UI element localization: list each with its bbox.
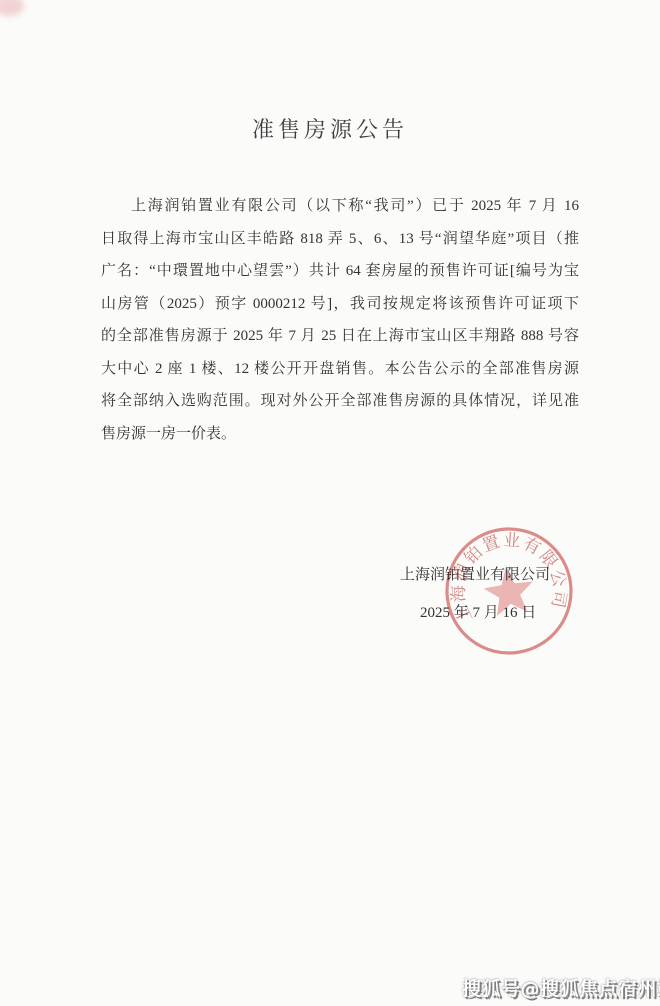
body-line: 售房源一房一价表。 <box>101 418 579 451</box>
ink-smudge <box>0 0 24 16</box>
body-line: 山房管（2025）预字 0000212 号]，我司按规定将该预售许可证项下 <box>101 288 579 321</box>
body-line: 大中心 2 座 1 楼、12 楼公开开盘销售。本公告公示的全部准售房源 <box>101 353 579 386</box>
announcement-body: 上海润铂置业有限公司（以下称“我司”）已于 2025 年 7 月 16 日取得上… <box>101 190 579 450</box>
watermark-text: 搜狐号@搜狐焦点宿州站 <box>462 974 660 1001</box>
body-line: 上海润铂置业有限公司（以下称“我司”）已于 2025 年 7 月 16 <box>101 190 579 223</box>
body-line: 日取得上海市宝山区丰皓路 818 弄 5、6、13 号“润望华庭”项目（推 <box>101 223 579 256</box>
company-seal-stamp: 上海润铂置业有限公司 <box>419 501 600 682</box>
body-line: 的全部准售房源于 2025 年 7 月 25 日在上海市宝山区丰翔路 888 号… <box>101 320 579 353</box>
body-line: 将全部纳入选购范围。现对外公开全部准售房源的具体情况，详见准 <box>101 385 579 418</box>
body-line: 广名：“中環置地中心望雲”）共计 64 套房屋的预售许可证[编号为宝 <box>101 255 579 288</box>
page-title: 准售房源公告 <box>0 113 660 144</box>
document-page: 准售房源公告 上海润铂置业有限公司（以下称“我司”）已于 2025 年 7 月 … <box>0 0 660 1006</box>
seal-star-icon <box>481 564 536 617</box>
